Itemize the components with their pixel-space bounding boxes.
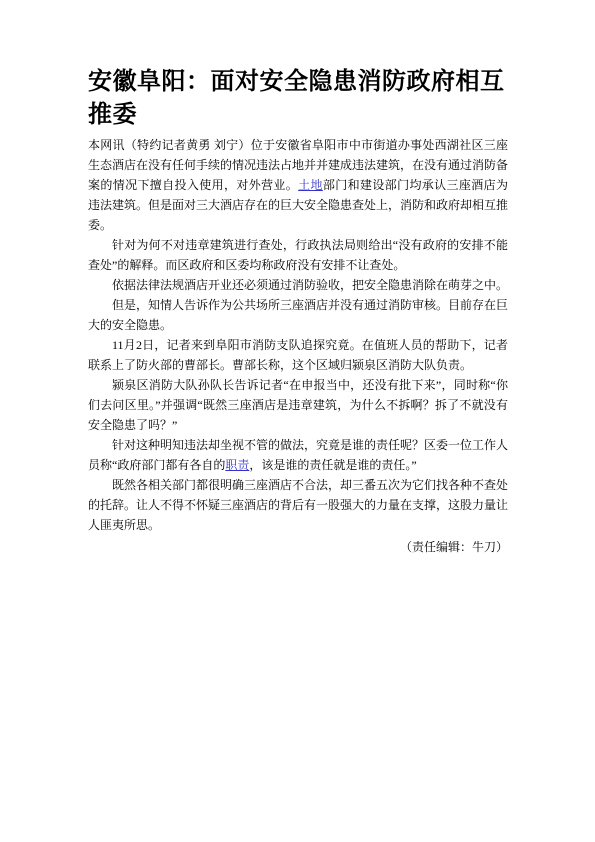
paragraph-intro: 本网讯（特约记者黄勇 刘宁）位于安徽省阜阳市中市街道办事处西湖社区三座生态酒店在… [88,135,508,235]
article-title: 安徽阜阳：面对安全隐患消防政府相互推委 [88,66,508,132]
paragraph-enforcement-excuse: 针对为何不对违章建筑进行查处，行政执法局则给出“没有政府的安排不能查处”的解释。… [88,235,508,275]
article-body: 本网讯（特约记者黄勇 刘宁）位于安徽省阜阳市中市街道办事处西湖社区三座生态酒店在… [88,135,508,557]
paragraph-text: 既然各相关部门都很明确三座酒店不合法，却三番五次为它们找各种不查处的托辞。让人不… [88,478,508,532]
paragraph-text: 颍泉区消防大队孙队长告诉记者“在申报当中，还没有批下来”，同时称“你们去问区里。… [88,378,508,432]
link-zhize[interactable]: 职责 [225,458,249,472]
link-tudi[interactable]: 土地 [298,178,323,192]
paragraph-text: ，该是谁的责任就是谁的责任。” [249,458,416,472]
paragraph-text: 针对为何不对违章建筑进行查处，行政执法局则给出“没有政府的安排不能查处”的解释。… [88,238,508,272]
paragraph-text: 依据法律法规酒店开业还必须通过消防验收，把安全隐患消除在萌芽之中。 [112,278,508,292]
paragraph-reporter-visit: 11月2日，记者来到阜阳市消防支队追探究竟。在值班人员的帮助下，记者联系上了防火… [88,335,508,375]
paragraph-conclusion: 既然各相关部门都很明确三座酒店不合法，却三番五次为它们找各种不查处的托辞。让人不… [88,475,508,535]
paragraph-text: 但是，知情人告诉作为公共场所三座酒店并没有通过消防审核。目前存在巨大的安全隐患。 [88,298,508,332]
paragraph-law-requirement: 依据法律法规酒店开业还必须通过消防验收，把安全隐患消除在萌芽之中。 [88,275,508,295]
paragraph-text: 11月2日，记者来到阜阳市消防支队追探究竟。在值班人员的帮助下，记者联系上了防火… [88,338,508,372]
paragraph-no-fire-approval: 但是，知情人告诉作为公共场所三座酒店并没有通过消防审核。目前存在巨大的安全隐患。 [88,295,508,335]
paragraph-brigade-chief-quote: 颍泉区消防大队孙队长告诉记者“在申报当中，还没有批下来”，同时称“你们去问区里。… [88,375,508,435]
editor-note: （责任编辑：牛刀） [88,537,508,557]
document-page: 安徽阜阳：面对安全隐患消防政府相互推委 本网讯（特约记者黄勇 刘宁）位于安徽省阜… [0,0,595,842]
paragraph-responsibility: 针对这种明知违法却坐视不管的做法，究竟是谁的责任呢？区委一位工作人员称“政府部门… [88,435,508,475]
